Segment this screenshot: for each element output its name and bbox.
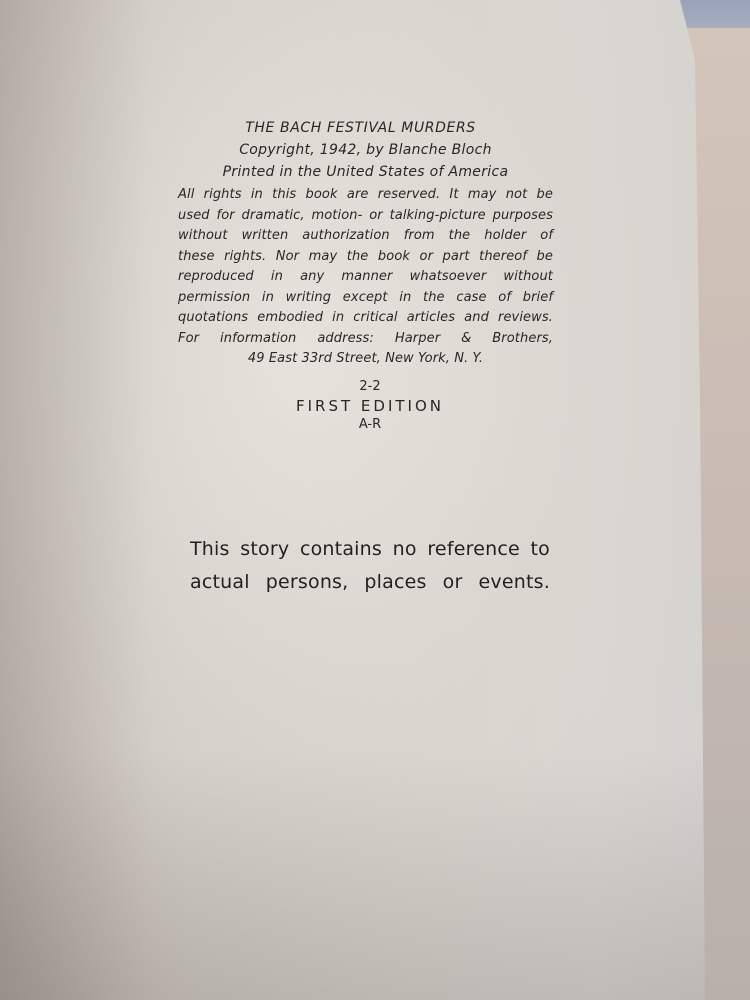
- rights-line: without written authorization from the h…: [178, 226, 553, 247]
- book-title: THE BACH FESTIVAL MURDERS: [168, 117, 553, 139]
- rights-line: quotations embodied in critical articles…: [178, 308, 553, 329]
- rights-line: reproduced in any manner whatsoever with…: [178, 267, 553, 288]
- printed-line: Printed in the United States of America: [178, 161, 553, 183]
- rights-line: used for dramatic, motion- or talking-pi…: [178, 206, 553, 227]
- copyright-line: Copyright, 1942, by Blanche Bloch: [178, 139, 553, 161]
- rights-paragraph: All rights in this book are reserved. It…: [178, 185, 553, 370]
- rights-line: these rights. Nor may the book or part t…: [178, 247, 553, 268]
- printing-code: 2-2: [280, 378, 460, 396]
- rights-line: For information address: Harper & Brothe…: [178, 329, 553, 350]
- edition-code: A-R: [280, 416, 460, 434]
- disclaimer-line: This story contains no reference to: [190, 533, 550, 566]
- fiction-disclaimer: This story contains no reference to actu…: [190, 533, 550, 599]
- disclaimer-line: actual persons, places or events.: [190, 566, 550, 599]
- rights-line: All rights in this book are reserved. It…: [178, 185, 553, 206]
- publisher-address: 49 East 33rd Street, New York, N. Y.: [178, 349, 553, 370]
- edition-block: 2-2 FIRST EDITION A-R: [280, 378, 460, 434]
- edition-label: FIRST EDITION: [280, 396, 460, 416]
- copyright-block: THE BACH FESTIVAL MURDERS Copyright, 194…: [178, 117, 553, 370]
- rights-line: permission in writing except in the case…: [178, 288, 553, 309]
- background-strip: [680, 0, 750, 30]
